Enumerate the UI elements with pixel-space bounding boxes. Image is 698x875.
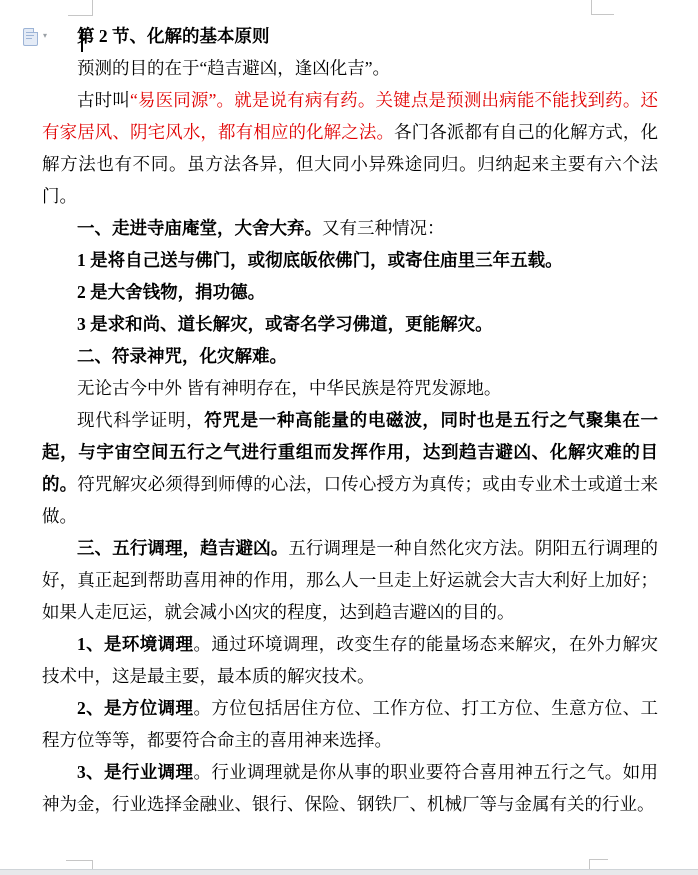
- paragraph: 2、是方位调理。方位包括居住方位、工作方位、打工方位、生意方位、工程方位等等，都…: [42, 692, 658, 756]
- page-bottom-edge: [0, 869, 698, 875]
- text-run: 2、是方位调理: [77, 698, 193, 718]
- paragraph: 2 是大舍钱物，捐功德。: [42, 276, 658, 308]
- text-run: 一、走进寺庙庵堂，大舍大弃。: [77, 218, 322, 238]
- document-body[interactable]: 第 2 节、化解的基本原则预测的目的在于“趋吉避凶，逢凶化吉”。古时叫“易医同源…: [42, 20, 658, 820]
- text-run: 2 是大舍钱物，捐功德。: [77, 282, 265, 302]
- text-run: 预测的目的在于“趋吉避凶，逢凶化吉”。: [77, 58, 390, 78]
- paragraph: 无论古今中外 皆有神明存在，中华民族是符咒发源地。: [42, 372, 658, 404]
- text-run: 又有三种情况：: [322, 218, 445, 238]
- text-run: 古时叫: [77, 90, 130, 110]
- text-run: 无论古今中外 皆有神明存在，中华民族是符咒发源地。: [77, 378, 501, 398]
- text-run: 3、是行业调理: [77, 762, 193, 782]
- text-run: 1 是将自己送与佛门，或彻底皈依佛门，或寄住庙里三年五载。: [77, 250, 563, 270]
- text-run: 三、五行调理，趋吉避凶。: [77, 538, 288, 558]
- paragraph: 第 2 节、化解的基本原则: [42, 20, 658, 52]
- paragraph: 1 是将自己送与佛门，或彻底皈依佛门，或寄住庙里三年五载。: [42, 244, 658, 276]
- text-run: 现代科学证明，: [77, 410, 204, 430]
- text-run: 1、是环境调理: [77, 634, 193, 654]
- paragraph: 3、是行业调理。行业调理就是你从事的职业要符合喜用神五行之气。如用神为金，行业选…: [42, 756, 658, 820]
- text-run: 3 是求和尚、道长解灾，或寄名学习佛道，更能解灾。: [77, 314, 493, 334]
- crop-mark-top-right: [591, 0, 614, 15]
- crop-mark-top-left: [68, 0, 93, 16]
- paragraph: 三、五行调理，趋吉避凶。五行调理是一种自然化灾方法。阴阳五行调理的好，真正起到帮…: [42, 532, 658, 628]
- text-run: 第 2 节、化解的基本原则: [77, 26, 270, 46]
- paragraph: 现代科学证明，符咒是一种高能量的电磁波，同时也是五行之气聚集在一起，与宇宙空间五…: [42, 404, 658, 532]
- paragraph: 预测的目的在于“趋吉避凶，逢凶化吉”。: [42, 52, 658, 84]
- paragraph: 1、是环境调理。通过环境调理，改变生存的能量场态来解灾，在外力解灾技术中，这是最…: [42, 628, 658, 692]
- text-run: 二、符录神咒，化灾解难。: [77, 346, 287, 366]
- clipboard-document-icon: [22, 27, 39, 46]
- paragraph: 二、符录神咒，化灾解难。: [42, 340, 658, 372]
- paragraph: 古时叫“易医同源”。就是说有病有药。关键点是预测出病能不能找到药。还有家居风、阴…: [42, 84, 658, 212]
- text-run: 符咒解灾必须得到师傅的心法，口传心授方为真传；或由专业术士或道士来做。: [42, 474, 658, 526]
- paragraph: 一、走进寺庙庵堂，大舍大弃。又有三种情况：: [42, 212, 658, 244]
- paragraph: 3 是求和尚、道长解灾，或寄名学习佛道，更能解灾。: [42, 308, 658, 340]
- word-document-page: ▾ 第 2 节、化解的基本原则预测的目的在于“趋吉避凶，逢凶化吉”。古时叫“易医…: [0, 0, 698, 875]
